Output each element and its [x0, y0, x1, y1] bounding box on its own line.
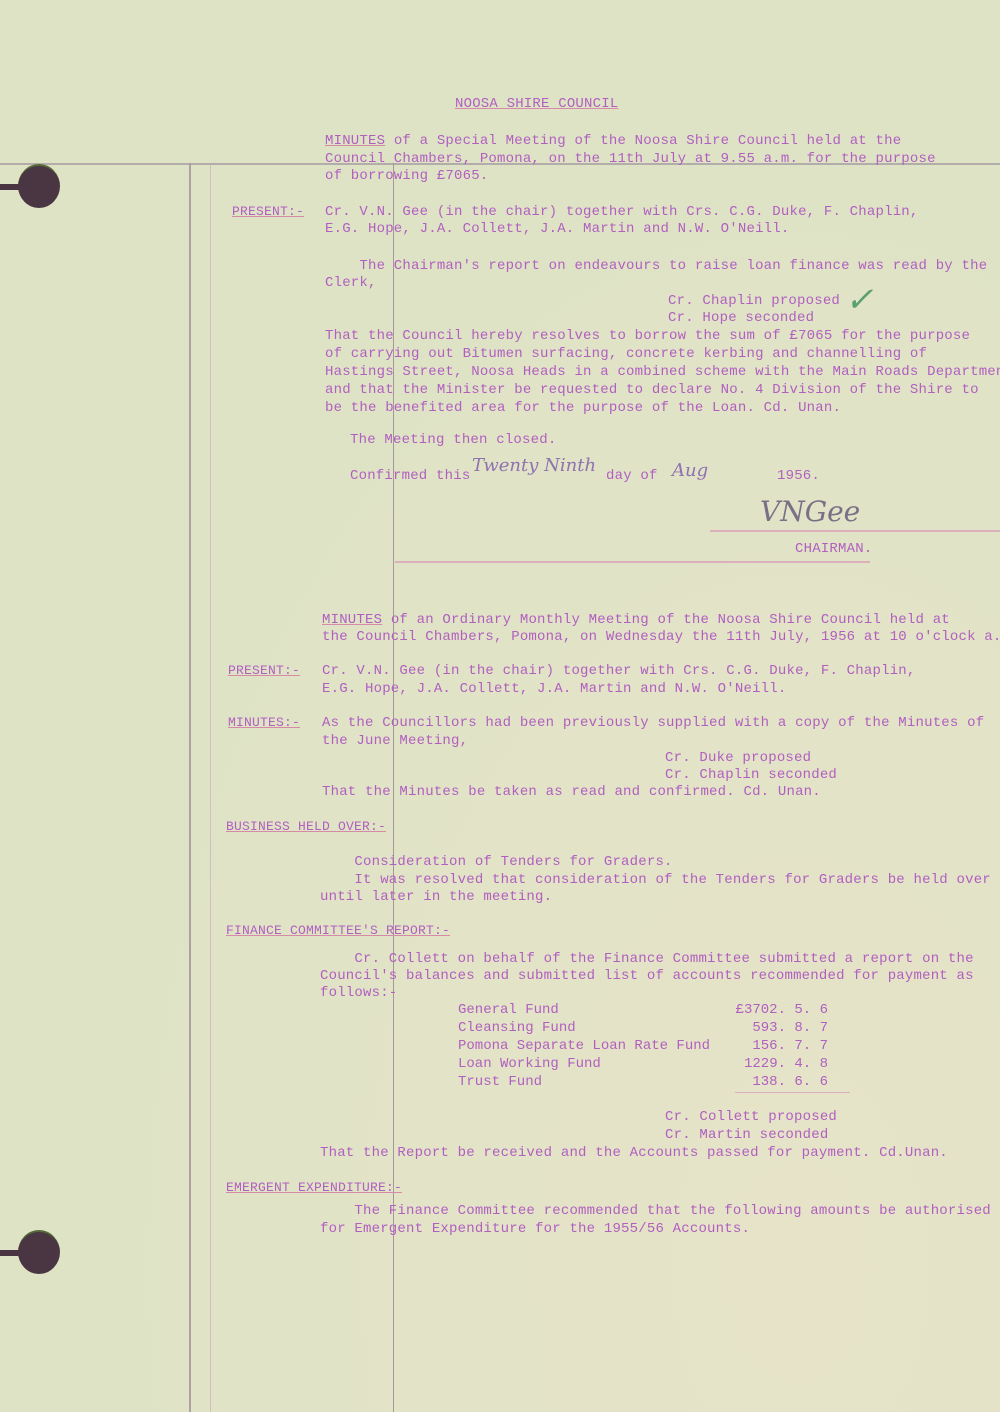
finance-line: Council's balances and submitted list of… [320, 967, 974, 985]
seconded-line: Cr. Hope seconded [668, 309, 814, 327]
minutes-heading: MINUTES [325, 133, 385, 149]
present-line: E.G. Hope, J.A. Collett, J.A. Martin and… [325, 220, 789, 238]
check-mark-icon: ✓ [845, 280, 874, 320]
resolution-line: and that the Minister be requested to de… [325, 381, 979, 399]
report-line: The Chairman's report on endeavours to r… [325, 257, 987, 275]
signature-rule [710, 530, 1000, 532]
business-line: Consideration of Tenders for Graders. [320, 853, 673, 871]
confirmed-year: 1956. [777, 467, 820, 485]
binder-hole-top [18, 164, 60, 208]
present-label: PRESENT:- [232, 203, 304, 221]
section-divider [395, 561, 870, 563]
ordinary-meeting-intro-line: the Council Chambers, Pomona, on Wednesd… [322, 628, 1000, 646]
fund-amount: £3702. 5. 6 [720, 1001, 828, 1019]
business-line: until later in the meeting. [320, 888, 552, 906]
special-meeting-intro: MINUTES of a Special Meeting of the Noos… [325, 132, 901, 150]
confirmed-mid: day of [606, 467, 658, 485]
seconded-line: Cr. Chaplin seconded [665, 766, 837, 784]
margin-rule-vertical-faint [210, 163, 211, 1412]
finance-resolution: That the Report be received and the Acco… [320, 1144, 948, 1162]
fund-amount: 156. 7. 7 [720, 1037, 828, 1055]
proposed-line: Cr. Chaplin proposed [668, 292, 840, 310]
finance-report-label: FINANCE COMMITTEE'S REPORT:- [226, 922, 450, 940]
business-line: It was resolved that consideration of th… [320, 871, 991, 889]
report-line: Clerk, [325, 274, 377, 292]
minutes-resolution: That the Minutes be taken as read and co… [322, 783, 821, 801]
total-rule [735, 1092, 850, 1093]
margin-rule-vertical [189, 163, 191, 1412]
fund-name: General Fund [458, 1001, 559, 1019]
proposed-line: Cr. Collett proposed [665, 1108, 837, 1126]
emergent-line: for Emergent Expenditure for the 1955/56… [320, 1220, 750, 1238]
resolution-line: of carrying out Bitumen surfacing, concr… [325, 345, 927, 363]
fund-amount: 1229. 4. 8 [720, 1055, 828, 1073]
handwritten-day: Twenty Ninth [472, 455, 596, 476]
resolution-line: be the benefited area for the purpose of… [325, 399, 841, 417]
emergent-line: The Finance Committee recommended that t… [320, 1202, 991, 1220]
minutes-heading: MINUTES [322, 612, 382, 628]
handwritten-month: Aug [672, 460, 708, 481]
minutes-label: MINUTES:- [228, 714, 300, 732]
present-line: E.G. Hope, J.A. Collett, J.A. Martin and… [322, 680, 786, 698]
binder-hole-bottom [18, 1230, 60, 1274]
resolution-line: Hastings Street, Noosa Heads in a combin… [325, 363, 1000, 381]
ordinary-meeting-intro: MINUTES of an Ordinary Monthly Meeting o… [322, 611, 950, 629]
proposed-line: Cr. Duke proposed [665, 749, 811, 767]
document-title: NOOSA SHIRE COUNCIL [455, 95, 618, 113]
fund-amount: 593. 8. 7 [720, 1019, 828, 1037]
fund-name: Cleansing Fund [458, 1019, 576, 1037]
chairman-label: CHAIRMAN. [795, 540, 872, 558]
minutes-line: As the Councillors had been previously s… [322, 714, 984, 732]
finance-line: Cr. Collett on behalf of the Finance Com… [320, 950, 974, 968]
confirmed-prefix: Confirmed this [350, 467, 470, 485]
special-meeting-intro-line: Council Chambers, Pomona, on the 11th Ju… [325, 150, 936, 168]
present-line: Cr. V.N. Gee (in the chair) together wit… [325, 203, 919, 221]
chairman-signature: VNGee [760, 495, 860, 528]
finance-line: follows:- [320, 984, 397, 1002]
fund-name: Trust Fund [458, 1073, 542, 1091]
special-meeting-intro-line: of borrowing £7065. [325, 167, 488, 185]
seconded-line: Cr. Martin seconded [665, 1126, 828, 1144]
resolution-line: That the Council hereby resolves to borr… [325, 327, 970, 345]
fund-amount: 138. 6. 6 [720, 1073, 828, 1091]
meeting-closed: The Meeting then closed. [350, 431, 556, 449]
emergent-expenditure-label: EMERGENT EXPENDITURE:- [226, 1179, 402, 1197]
fund-name: Pomona Separate Loan Rate Fund [458, 1037, 710, 1055]
present-line: Cr. V.N. Gee (in the chair) together wit… [322, 662, 916, 680]
fund-name: Loan Working Fund [458, 1055, 601, 1073]
present-label: PRESENT:- [228, 662, 300, 680]
business-held-over-label: BUSINESS HELD OVER:- [226, 818, 386, 836]
minutes-line: the June Meeting, [322, 732, 468, 750]
